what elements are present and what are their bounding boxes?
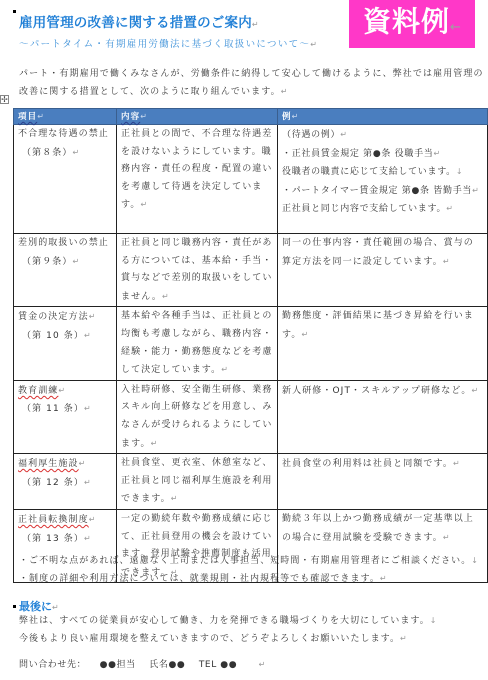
arrow-left-icon: ←: [450, 20, 462, 35]
cell-item: 不合理な待遇の禁止 （第８条）↵: [14, 125, 117, 234]
table-row: 賃金の決定方法↵ （第 10 条）↵ 基本給や各種手当は、正社員との均衡も考慮し…: [14, 307, 488, 380]
cell-example: 新人研修・OJT・スキルアップ研修など。↵: [278, 380, 488, 453]
column-header-content: 内容↵: [117, 109, 278, 125]
cell-content: 正社員と同じ職務内容・責任がある方については、基本給・手当・賞与などで差別的取扱…: [117, 234, 278, 307]
contact-label: 問い合わせ先：: [19, 660, 86, 670]
paragraph-mark: ↵: [252, 20, 259, 29]
column-header-example: 例↵: [278, 109, 488, 125]
cell-content: 正社員との間で、不合理な待遇差を設けないようにしています。職務内容・責任の程度・…: [117, 125, 278, 234]
cell-content: 社員食堂、更衣室、休憩室など、正社員と同じ福利厚生施設を利用できます。↵: [117, 454, 278, 510]
measures-table: 項目↵ 内容↵ 例↵ 不合理な待遇の禁止 （第８条）↵ 正社員との間で、不合理な…: [13, 108, 488, 583]
cell-item: 教育訓練↵ （第 11 条）↵: [14, 380, 117, 453]
cell-content: 入社時研修、安全衛生研修、業務スキル向上研修などを用意し、みなさんが受けられるよ…: [117, 380, 278, 453]
cell-item: 福利厚生施設↵ （第 12 条）↵: [14, 454, 117, 510]
paragraph-mark-bullet: [13, 605, 16, 608]
cell-item: 差別的取扱いの禁止 （第９条）↵: [14, 234, 117, 307]
table-row: 教育訓練↵ （第 11 条）↵ 入社時研修、安全衛生研修、業務スキル向上研修など…: [14, 380, 488, 453]
cell-example: 同一の仕事内容・責任範囲の場合、賞与の算定方法を同一に設定しています。↵: [278, 234, 488, 307]
notes-block: ・ご不明な点があれば、遠慮なく上司または人事担当、短時間・有期雇用管理者にご相談…: [19, 552, 487, 588]
sample-badge: 資料例←: [349, 0, 475, 48]
table-row: 不合理な待遇の禁止 （第８条）↵ 正社員との間で、不合理な待遇差を設けないように…: [14, 125, 488, 234]
paragraph-mark: ↵: [310, 40, 318, 49]
table-row: 福利厚生施設↵ （第 12 条）↵ 社員食堂、更衣室、休憩室など、正社員と同じ福…: [14, 454, 488, 510]
cell-content: 基本給や各種手当は、正社員との均衡も考慮しながら、職務内容・経験・能力・勤務態度…: [117, 307, 278, 380]
contact-tel: TEL ●●: [199, 660, 237, 670]
intro-paragraph: パート・有期雇用で働くみなさんが、労働条件に納得して安心して働けるように、弊社で…: [19, 65, 487, 101]
table-header-row: 項目↵ 内容↵ 例↵: [14, 109, 488, 125]
note-line: ・制度の詳細や利用方法については、就業規則・社内規程等でも確認できます。↵: [19, 570, 487, 588]
table-row: 差別的取扱いの禁止 （第９条）↵ 正社員と同じ職務内容・責任がある方については、…: [14, 234, 488, 307]
paragraph-mark: ↵: [281, 87, 289, 96]
cell-example: 社員食堂の利用料は社員と同額です。↵: [278, 454, 488, 510]
closing-paragraph: 弊社は、すべての従業員が安心して働き、力を発揮できる職場づくりを大切にしています…: [19, 612, 487, 648]
document-subtitle: ～パートタイム・有期雇用労働法に基づく取扱いについて～↵: [19, 36, 318, 50]
table-move-handle-icon[interactable]: ✢: [0, 95, 9, 104]
contact-department: ●●担当: [100, 660, 136, 670]
contact-name: 氏名●●: [149, 660, 185, 670]
column-header-item: 項目↵: [14, 109, 117, 125]
note-line: ・ご不明な点があれば、遠慮なく上司または人事担当、短時間・有期雇用管理者にご相談…: [19, 552, 487, 570]
cell-example: 勤務態度・評価結果に基づき昇給を行います。↵: [278, 307, 488, 380]
contact-line: 問い合わせ先： ●●担当 氏名●● TEL ●● ↵: [19, 657, 276, 673]
cell-item: 賃金の決定方法↵ （第 10 条）↵: [14, 307, 117, 380]
paragraph-mark-bullet: [13, 10, 16, 13]
cell-example: （待遇の例）↵ ・正社員賃金規定 第●条 役職手当↵ 役職者の職責に応じて支給し…: [278, 125, 488, 234]
document-title: 雇用管理の改善に関する措置のご案内↵: [19, 11, 259, 31]
